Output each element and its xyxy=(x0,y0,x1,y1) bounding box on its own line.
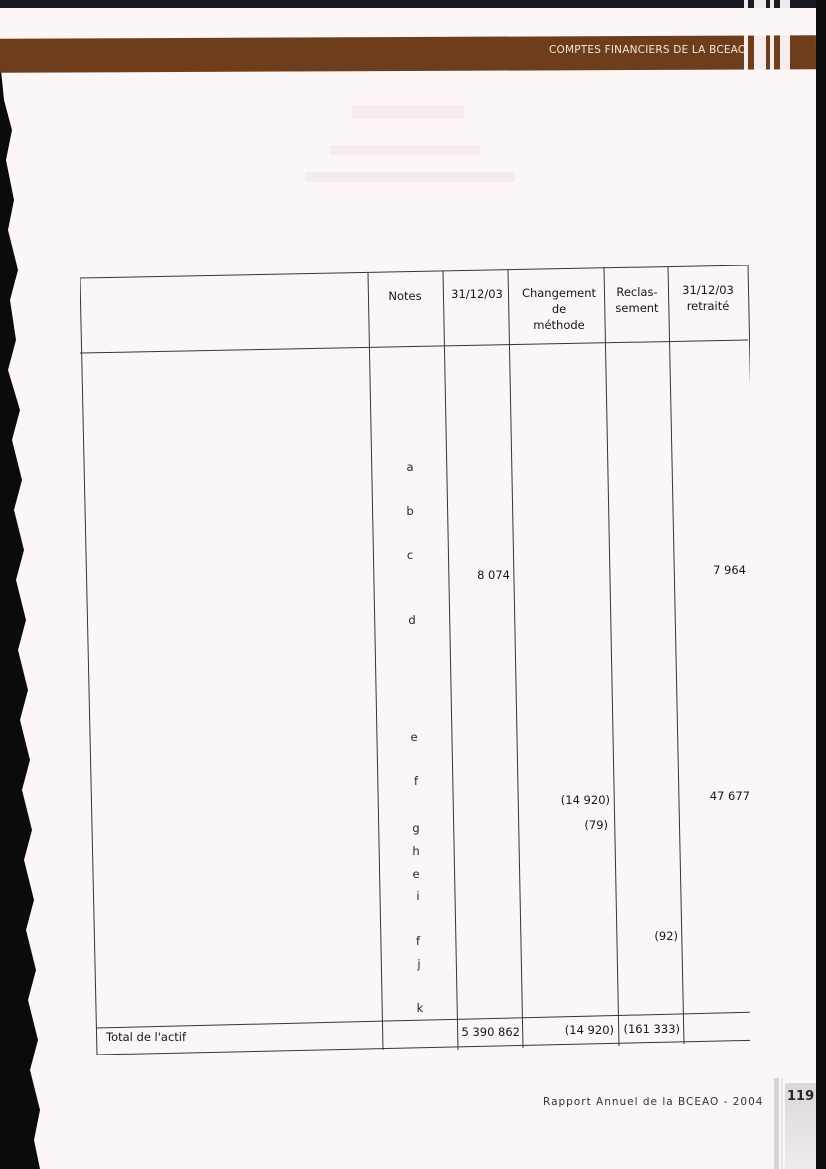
col-header-reclass-line2: sement xyxy=(606,300,668,316)
section-title: COMPTES FINANCIERS DE LA BCEAO xyxy=(549,44,746,56)
header-stripes xyxy=(744,0,796,72)
value-change-14920: (14 920) xyxy=(561,793,610,807)
col-header-restated-line1: 31/12/03 xyxy=(672,282,744,298)
col-header-reclass-line1: Reclas- xyxy=(606,284,668,300)
scan-right-edge xyxy=(816,0,826,1169)
col-header-change-line2: de xyxy=(512,301,606,317)
value-reclass-92: (92) xyxy=(654,929,678,943)
scan-top-edge xyxy=(0,0,826,8)
show-through-text xyxy=(330,145,480,155)
note-e-2: e xyxy=(406,867,426,881)
col-header-change-line3: méthode xyxy=(512,317,606,333)
show-through-text xyxy=(305,172,515,182)
value-change-79: (79) xyxy=(584,818,608,832)
torn-page-edge xyxy=(0,60,40,1169)
show-through-text xyxy=(352,105,464,119)
footer-stripe xyxy=(774,1078,779,1169)
col-header-restated-line2: retraité xyxy=(672,298,744,314)
total-date: 5 390 862 xyxy=(461,1025,520,1039)
value-date-8074: 8 074 xyxy=(477,568,510,582)
total-label: Total de l'actif xyxy=(106,1030,186,1044)
value-restated-47677: 47 677 xyxy=(710,789,750,803)
total-change: (14 920) xyxy=(565,1023,614,1037)
note-h: h xyxy=(406,844,426,858)
note-e: e xyxy=(404,730,424,744)
note-j: j xyxy=(409,957,429,971)
note-k: k xyxy=(410,1001,430,1015)
note-i: i xyxy=(408,889,428,903)
restatement-table: Notes 31/12/03 Changement de méthode Rec… xyxy=(80,265,750,1055)
col-header-change-line1: Changement xyxy=(512,285,606,301)
col-header-restated: 31/12/03 retraité xyxy=(672,282,744,314)
note-g: g xyxy=(406,821,426,835)
col-header-reclass: Reclas- sement xyxy=(606,284,668,316)
note-b: b xyxy=(400,504,420,518)
note-f-2: f xyxy=(408,934,428,948)
note-f: f xyxy=(406,774,426,788)
note-a: a xyxy=(400,460,420,474)
col-header-change: Changement de méthode xyxy=(512,285,606,333)
report-title: Rapport Annuel de la BCEAO - 2004 xyxy=(543,1096,763,1108)
page-number: 119 xyxy=(787,1089,814,1104)
total-reclass: (161 333) xyxy=(623,1022,680,1036)
footer-stripe xyxy=(781,1078,783,1169)
col-header-notes: Notes xyxy=(375,288,435,304)
col-header-date: 31/12/03 xyxy=(446,286,508,302)
note-c: c xyxy=(400,548,420,562)
value-restated-7964: 7 964 xyxy=(713,563,746,577)
note-d: d xyxy=(402,613,422,627)
